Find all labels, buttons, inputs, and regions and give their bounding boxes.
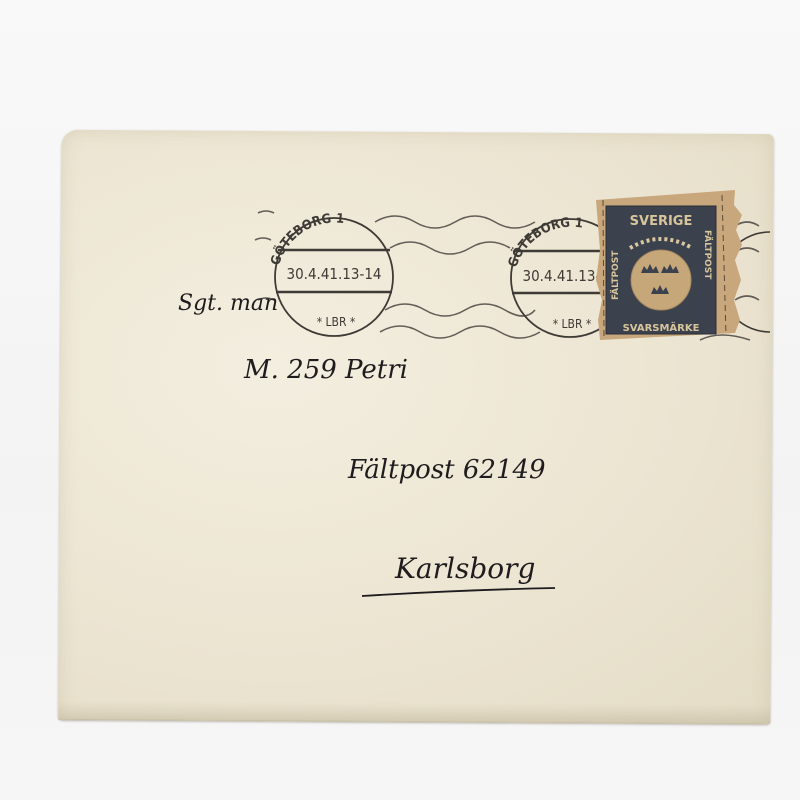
svg-text:SVARSMÄRKE: SVARSMÄRKE bbox=[623, 320, 700, 334]
address-line-3: Fältpost 62149 bbox=[347, 455, 546, 485]
address-line-4: Karlsborg bbox=[394, 552, 535, 585]
address-line-2: M. 259 Petri bbox=[243, 355, 408, 385]
svg-text:30.4.41.13-14: 30.4.41.13-14 bbox=[287, 265, 382, 283]
svg-text:GÖTEBORG 1: GÖTEBORG 1 bbox=[506, 216, 584, 270]
svg-text:FÄLTPOST: FÄLTPOST bbox=[610, 250, 621, 300]
underline bbox=[362, 588, 555, 596]
svg-text:* LBR *: * LBR * bbox=[553, 317, 592, 331]
svg-text:FÄLTPOST: FÄLTPOST bbox=[702, 230, 713, 280]
envelope-markings: GÖTEBORG 1 30.4.41.13-14 * LBR * GÖTEBOR… bbox=[0, 0, 800, 800]
handwritten-address: Sgt. man M. 259 Petri Fältpost 62149 Kar… bbox=[178, 291, 555, 596]
stamp: SVERIGE SVARSMÄRKE FÄLTPOST FÄLTPOST bbox=[596, 190, 742, 340]
svg-text:* LBR *: * LBR * bbox=[317, 315, 356, 329]
svg-text:GÖTEBORG 1: GÖTEBORG 1 bbox=[268, 211, 344, 267]
postmark-1: GÖTEBORG 1 30.4.41.13-14 * LBR * bbox=[268, 211, 393, 336]
svg-text:SVERIGE: SVERIGE bbox=[630, 214, 693, 229]
address-line-1: Sgt. man bbox=[178, 291, 278, 316]
